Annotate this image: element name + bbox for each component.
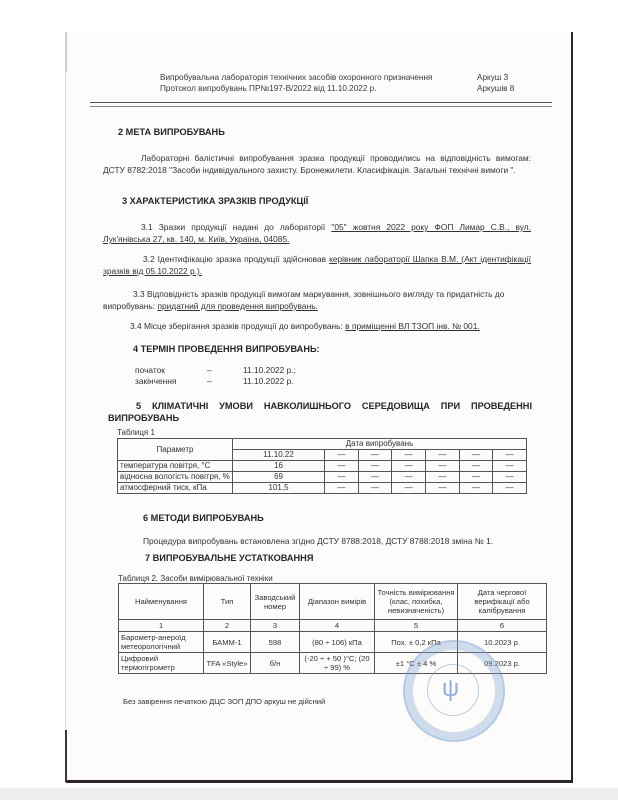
value-cell: 16 [233, 461, 325, 472]
value-cell: — [358, 461, 392, 472]
value-cell: — [459, 461, 493, 472]
value-cell: — [426, 483, 460, 494]
date-cell: — [459, 450, 493, 461]
section-3-title: 3 ХАРАКТЕРИСТИКА ЗРАЗКІВ ПРОДУКЦІЇ [122, 196, 308, 206]
header-sheet: Аркуш 3 [477, 72, 508, 83]
cell: (-20 ÷ + 50 )°С; (20 ÷ 99) % [300, 653, 375, 674]
section-3-4-prefix: 3.4 Місце зберігання зразків продукції д… [130, 321, 345, 331]
section-7-title: 7 ВИПРОБУВАЛЬНЕ УСТАТКОВАННЯ [145, 553, 313, 563]
section-3-4: 3.4 Місце зберігання зразків продукції д… [130, 320, 550, 332]
header-cell: Дата чергової верифікації або калібруван… [458, 584, 547, 620]
page-edge-bottom [65, 730, 67, 782]
param-header: Параметр [118, 439, 233, 461]
section-6-text: Процедура випробувань встановлена згідно… [143, 535, 543, 547]
param-cell: температура повітря, °С [118, 461, 233, 472]
section-3-1: 3.1 Зразки продукції надані до лаборатор… [103, 221, 531, 245]
section-3-1-prefix: 3.1 Зразки продукції надані до лаборатор… [141, 222, 331, 232]
section-6-title: 6 МЕТОДИ ВИПРОБУВАНЬ [143, 513, 264, 523]
date-cell: — [392, 450, 426, 461]
header-cell: Заводський номер [251, 584, 300, 620]
number-cell: 2 [204, 620, 251, 632]
value-cell: — [392, 483, 426, 494]
term-end-label: закінчення [135, 375, 176, 387]
value-cell: — [459, 472, 493, 483]
value-cell: 101,5 [233, 483, 325, 494]
value-cell: — [325, 461, 359, 472]
section-5-title: 5 КЛІМАТИЧНІ УМОВИ НАВКОЛИШНЬОГО СЕРЕДОВ… [108, 400, 532, 424]
date-cell: — [493, 450, 527, 461]
value-cell: — [358, 472, 392, 483]
value-cell: — [426, 472, 460, 483]
page-edge [66, 32, 67, 72]
value-cell: — [459, 483, 493, 494]
number-cell: 5 [375, 620, 458, 632]
official-stamp: ψ [403, 640, 505, 742]
header-cell: Точність вимірювання (клас, похибка, нев… [375, 584, 458, 620]
header-divider [90, 102, 552, 107]
cell: TFA «Style» [204, 653, 251, 674]
section-3-3: 3.3 Відповідність зразків продукції вимо… [103, 288, 533, 312]
section-4-title: 4 ТЕРМІН ПРОВЕДЕННЯ ВИПРОБУВАНЬ: [133, 344, 320, 354]
value-cell: — [392, 472, 426, 483]
table-row: атмосферний тиск, кПа 101,5 — — — — — — [118, 483, 527, 494]
term-end-dash: – [207, 375, 212, 387]
header-cell: Діапазон вимірів [300, 584, 375, 620]
date-header: Дата випробувань [233, 439, 527, 450]
section-2-title: 2 МЕТА ВИПРОБУВАНЬ [118, 127, 225, 137]
stamp-inner-ring: ψ [427, 664, 479, 716]
section-3-4-value: в приміщенні ВЛ ТЗОП інв. № 001. [345, 321, 480, 331]
value-cell: — [426, 461, 460, 472]
climate-table: Параметр Дата випробувань 11.10.22 — — —… [117, 438, 527, 494]
date-cell: — [325, 450, 359, 461]
section-3-3-value: придатний для проведення випробувань. [157, 301, 317, 311]
value-cell: — [493, 483, 527, 494]
param-cell: атмосферний тиск, кПа [118, 483, 233, 494]
value-cell: — [493, 472, 527, 483]
trident-icon: ψ [442, 675, 459, 703]
header-cell: Найменування [119, 584, 204, 620]
number-cell: 1 [119, 620, 204, 632]
value-cell: — [325, 483, 359, 494]
cell: Барометр-анероїд метеорологічний [119, 632, 204, 653]
cell: б/н [251, 653, 300, 674]
date-cell: — [426, 450, 460, 461]
footer-note: Без завірення печаткою ДЦС ЗОП ДПО аркуш… [123, 696, 325, 708]
value-cell: 69 [233, 472, 325, 483]
cell: Цифровий термогігрометр [119, 653, 204, 674]
value-cell: — [325, 472, 359, 483]
value-cell: — [358, 483, 392, 494]
section-2-text: Лабораторні балістичні випробування зраз… [103, 152, 531, 176]
table-row: відносна вологість повітря, % 69 — — — —… [118, 472, 527, 483]
number-cell: 3 [251, 620, 300, 632]
number-cell: 6 [458, 620, 547, 632]
number-cell: 4 [300, 620, 375, 632]
term-end-value: 11.10.2022 р. [243, 375, 294, 387]
header-sheets-total: Аркушів 8 [477, 83, 514, 94]
background-strip [0, 788, 618, 800]
header-lab-name: Випробувальна лабораторія технічних засо… [160, 72, 480, 83]
date-cell: — [358, 450, 392, 461]
header-cell: Тип [204, 584, 251, 620]
table-row: температура повітря, °С 16 — — — — — — [118, 461, 527, 472]
value-cell: — [493, 461, 527, 472]
section-3-2: 3.2 Ідентифікацію зразка продукції здійс… [103, 253, 531, 277]
date-cell: 11.10.22 [233, 450, 325, 461]
header-protocol: Протокол випробувань ПР№197-В/2022 від 1… [160, 83, 480, 94]
cell: БАММ-1 [204, 632, 251, 653]
value-cell: — [392, 461, 426, 472]
cell: 598 [251, 632, 300, 653]
cell: (80 ÷ 106) кПа [300, 632, 375, 653]
section-3-2-prefix: 3.2 Ідентифікацію зразка продукції здійс… [143, 254, 329, 264]
param-cell: відносна вологість повітря, % [118, 472, 233, 483]
